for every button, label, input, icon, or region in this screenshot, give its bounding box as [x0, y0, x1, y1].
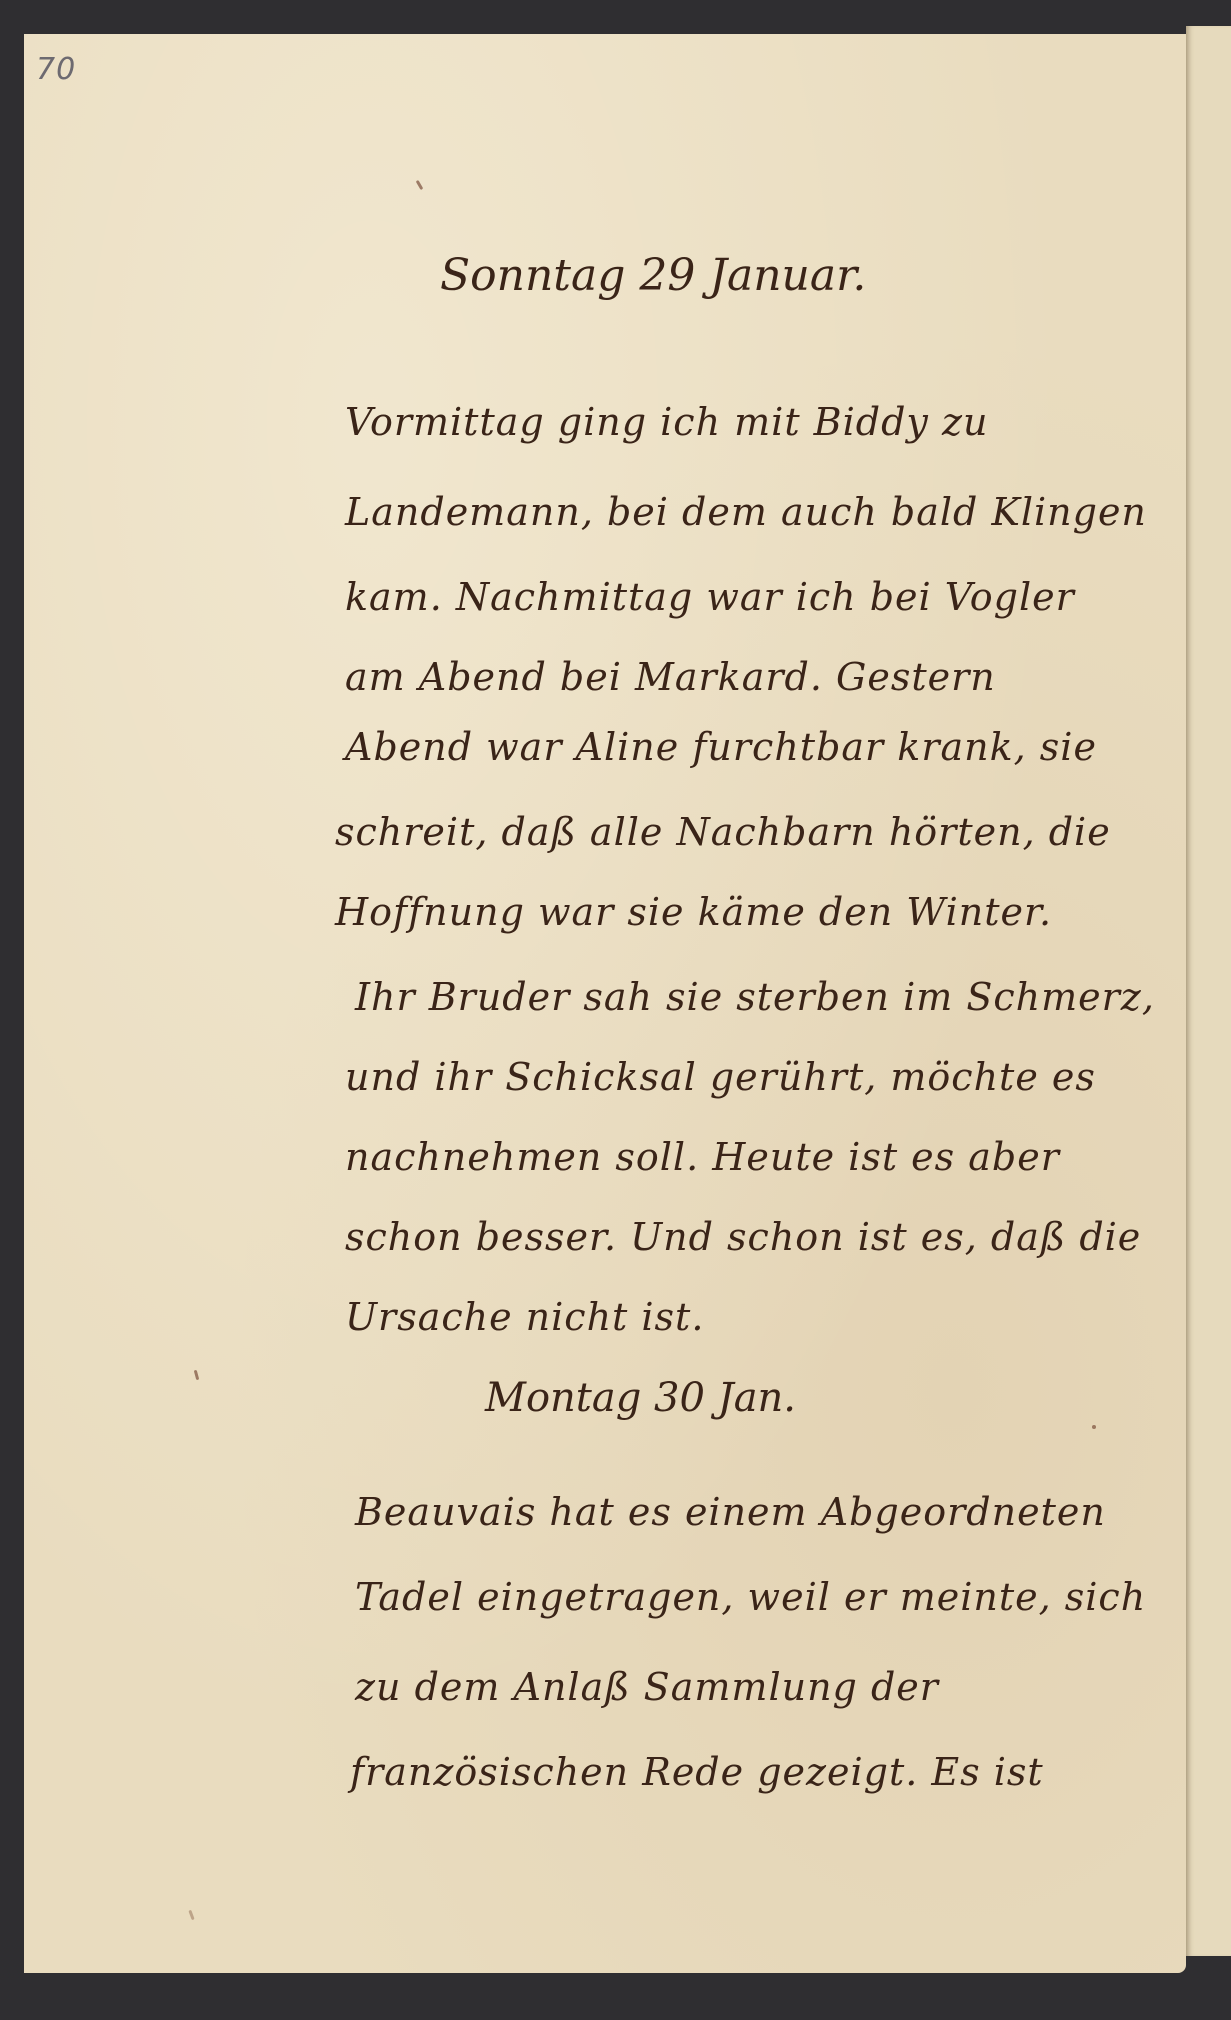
- entry-2-line-4: französischen Rede gezeigt. Es ist: [350, 1750, 1044, 1794]
- entry-2-line-3: zu dem Anlaß Sammlung der: [355, 1665, 939, 1709]
- entry-1-line-1: Vormittag ging ich mit Biddy zu: [345, 400, 988, 444]
- paper-speck: [1092, 1425, 1096, 1429]
- entry-2-line-1: Beauvais hat es einem Abgeordneten: [355, 1490, 1106, 1534]
- entry-1-line-5: Abend war Aline furchtbar krank, sie: [345, 725, 1097, 769]
- entry-heading-1: Sonntag 29 Januar.: [440, 250, 866, 301]
- entry-2-line-2: Tadel eingetragen, weil er meinte, sich: [355, 1575, 1146, 1619]
- entry-heading-2: Montag 30 Jan.: [485, 1375, 796, 1421]
- folio-number: 70: [36, 52, 76, 87]
- entry-1-line-4: am Abend bei Markard. Gestern: [345, 655, 996, 699]
- entry-1-line-2: Landemann, bei dem auch bald Klingen: [345, 490, 1147, 534]
- adjacent-page-edge: [1186, 26, 1231, 1956]
- entry-1-line-6: schreit, daß alle Nachbarn hörten, die: [335, 810, 1111, 854]
- entry-1-line-12: Ursache nicht ist.: [345, 1295, 704, 1339]
- entry-1-line-3: kam. Nachmittag war ich bei Vogler: [345, 575, 1075, 619]
- entry-1-line-11: schon besser. Und schon ist es, daß die: [345, 1215, 1141, 1259]
- entry-1-line-10: nachnehmen soll. Heute ist es aber: [345, 1135, 1060, 1179]
- entry-1-line-8: Ihr Bruder sah sie sterben im Schmerz,: [355, 975, 1155, 1019]
- entry-1-line-7: Hoffnung war sie käme den Winter.: [335, 890, 1052, 934]
- entry-1-line-9: und ihr Schicksal gerührt, möchte es: [345, 1055, 1096, 1099]
